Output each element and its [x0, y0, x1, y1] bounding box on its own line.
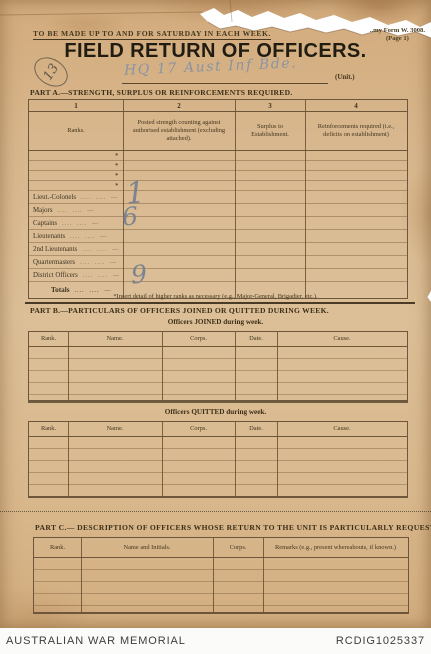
column-header-row: Rank. Name. Corps. Date. Cause.: [29, 332, 407, 347]
part-a-table: 1 2 3 4 Ranks. Posted strength counting …: [28, 99, 408, 299]
column-divider: [68, 422, 69, 496]
unit-label: (Unit.): [335, 73, 355, 81]
column-header-rank: Rank.: [29, 332, 68, 346]
column-header-ranks: Ranks.: [29, 112, 123, 150]
rank-row: Majors: [29, 204, 407, 217]
handwritten-total-value: 9: [130, 259, 148, 289]
handwritten-posted-value-2: 6: [121, 201, 139, 231]
column-divider: [235, 332, 236, 400]
rank-row: Captains: [29, 217, 407, 230]
rank-label: Lieutenants: [33, 233, 107, 240]
column-header-cause: Cause.: [277, 422, 407, 436]
column-header-reinforcements: Reinforcements required (i.e., deficits …: [305, 112, 407, 150]
column-header-surplus: Surplus to Establishment.: [235, 112, 305, 150]
column-divider: [81, 538, 82, 612]
rank-row: District Officers: [29, 269, 407, 282]
column-divider: [277, 422, 278, 496]
column-header-row: Ranks. Posted strength counting against …: [29, 112, 407, 151]
column-header-corps: Corps.: [213, 538, 263, 557]
column-header-corps: Corps.: [162, 332, 235, 346]
section-divider: [25, 302, 415, 304]
rank-row: Lieutenants: [29, 230, 407, 243]
column-number: 2: [123, 100, 235, 111]
quitted-table-title: Officers QUITTED during week.: [0, 408, 431, 416]
rank-row: Lieut.-Colonels: [29, 191, 407, 204]
rank-row: 2nd Lieutenants: [29, 243, 407, 256]
column-divider: [305, 100, 306, 298]
rank-label: Quartermasters: [33, 259, 117, 266]
awm-footer-bar: AUSTRALIAN WAR MEMORIAL RCDIG1025337: [0, 628, 431, 654]
column-number-row: 1 2 3 4: [29, 100, 407, 112]
part-b-heading: PART B.—PARTICULARS OF OFFICERS JOINED O…: [30, 306, 329, 315]
blank-rank-row: *: [29, 151, 407, 161]
officers-quitted-table: Rank. Name. Corps. Date. Cause.: [28, 421, 408, 498]
part-c-heading: PART C.— DESCRIPTION OF OFFICERS WHOSE R…: [35, 523, 431, 532]
column-divider: [162, 332, 163, 400]
empty-table-rows: [34, 558, 408, 612]
awm-footer-right: RCDIG1025337: [336, 635, 425, 647]
column-header-rank: Rank.: [29, 422, 68, 436]
paper-sheet: TO BE MADE UP TO AND FOR SATURDAY IN EAC…: [0, 0, 431, 628]
unit-underline: [122, 83, 328, 84]
empty-table-rows: [29, 347, 407, 400]
empty-table-rows: [29, 437, 407, 496]
officers-joined-table: Rank. Name. Corps. Date. Cause.: [28, 331, 408, 401]
column-number: 1: [29, 100, 123, 111]
column-number: 4: [305, 100, 407, 111]
rank-label: Lieut.-Colonels: [33, 194, 118, 201]
column-divider: [235, 422, 236, 496]
perforation-line: [0, 511, 431, 512]
blank-rank-row: *: [29, 161, 407, 171]
part-c-table: Rank. Name and Initials. Corps. Remarks …: [33, 537, 409, 614]
column-header-date: Date.: [235, 422, 277, 436]
column-header-row: Rank. Name. Corps. Date. Cause.: [29, 422, 407, 437]
part-a-heading: PART A.—STRENGTH, SURPLUS OR REINFORCEME…: [30, 88, 293, 97]
column-header-posted-strength: Posted strength counting against authori…: [123, 112, 235, 150]
joined-table-title: Officers JOINED during week.: [0, 318, 431, 326]
part-a-footnote: *Insert detail of higher ranks as necess…: [0, 293, 431, 300]
scanned-document-page: TO BE MADE UP TO AND FOR SATURDAY IN EAC…: [0, 0, 431, 654]
column-header-remarks: Remarks (e.g., present whereabouts, if k…: [263, 538, 408, 557]
column-header-cause: Cause.: [277, 332, 407, 346]
footnote-star: *: [115, 162, 119, 170]
column-divider: [235, 100, 236, 298]
awm-footer-left: AUSTRALIAN WAR MEMORIAL: [6, 635, 186, 647]
rank-label: District Officers: [33, 272, 120, 279]
footnote-star: *: [115, 172, 119, 180]
column-divider: [263, 538, 264, 612]
footnote-star: *: [115, 152, 119, 160]
weekly-instruction-note: TO BE MADE UP TO AND FOR SATURDAY IN EAC…: [33, 29, 271, 40]
column-header-rank: Rank.: [34, 538, 81, 557]
column-header-date: Date.: [235, 332, 277, 346]
column-divider: [68, 332, 69, 400]
column-header-corps: Corps.: [162, 422, 235, 436]
rank-label: Majors: [33, 207, 95, 214]
column-divider: [277, 332, 278, 400]
column-header-name: Name.: [68, 422, 162, 436]
column-header-name: Name and Initials.: [81, 538, 213, 557]
rank-label: 2nd Lieutenants: [33, 246, 119, 253]
column-number: 3: [235, 100, 305, 111]
blank-rank-row: *: [29, 181, 407, 191]
form-number: ..my Form W. 3008.: [370, 27, 425, 35]
column-divider: [162, 422, 163, 496]
rank-label: Captains: [33, 220, 99, 227]
column-header-name: Name.: [68, 332, 162, 346]
blank-rank-row: *: [29, 171, 407, 181]
column-divider: [213, 538, 214, 612]
footnote-star: *: [115, 182, 119, 190]
column-divider: [123, 100, 124, 298]
column-header-row: Rank. Name and Initials. Corps. Remarks …: [34, 538, 408, 558]
rank-row: Quartermasters: [29, 256, 407, 269]
part-a-body: * * * * Lieut.-Colonels Majors Captains …: [29, 151, 407, 298]
